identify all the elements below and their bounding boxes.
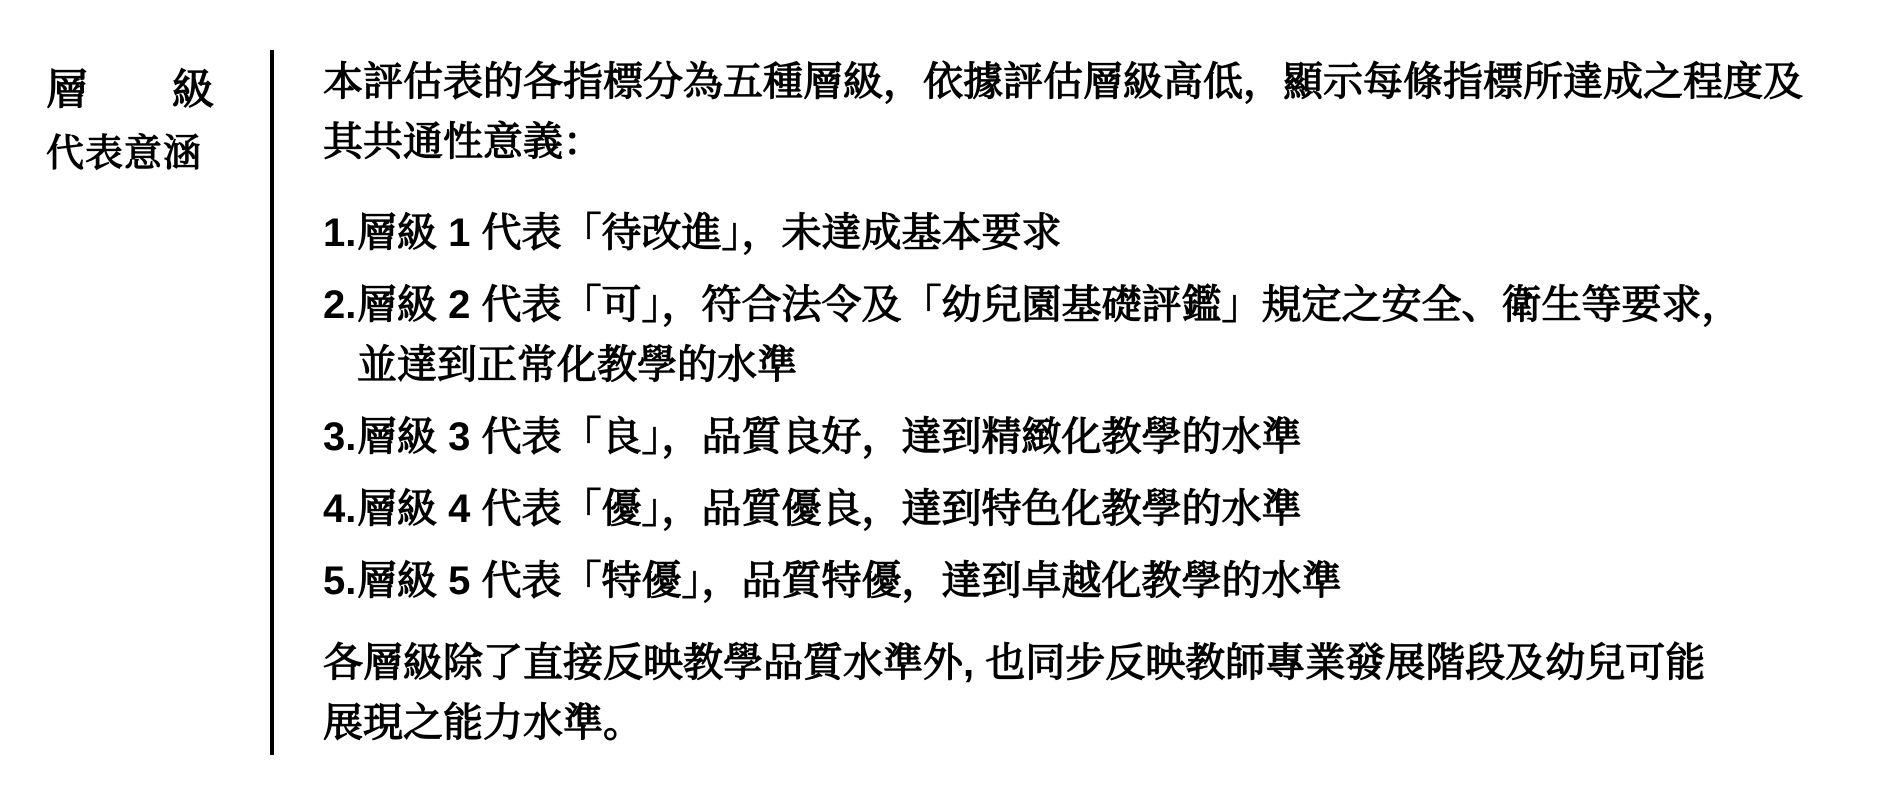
row-content: 本評估表的各指標分為五種層級，依據評估層級高低，顯示每條指標所達成之程度及 其共… (274, 0, 1890, 790)
row-header-char-2: 級 (172, 58, 214, 122)
row-header: 層 級 代表意涵 (0, 0, 270, 790)
rubric-row: 層 級 代表意涵 本評估表的各指標分為五種層級，依據評估層級高低，顯示每條指標所… (0, 0, 1890, 790)
intro-line-2: 其共通性意義： (323, 112, 1870, 172)
list-item-level-3: 3. 層級 3 代表「良」，品質良好，達到精緻化教學的水準 (323, 407, 1870, 467)
row-header-line2: 代表意涵 (46, 122, 214, 186)
row-header-label: 層 級 代表意涵 (46, 58, 214, 186)
list-item-level-1: 1. 層級 1 代表「待改進」，未達成基本要求 (323, 203, 1870, 263)
list-item-text: 層級 2 代表「可」，符合法令及「幼兒園基礎評鑑」規定之安全、衛生等要求， 並達… (357, 275, 1870, 395)
list-item-text: 層級 5 代表「特優」，品質特優，達到卓越化教學的水準 (357, 551, 1870, 611)
item-line: 層級 4 代表「優」，品質優良，達到特色化教學的水準 (357, 487, 1301, 531)
intro-line-1: 本評估表的各指標分為五種層級，依據評估層級高低，顯示每條指標所達成之程度及 (323, 52, 1870, 112)
list-item-level-2: 2. 層級 2 代表「可」，符合法令及「幼兒園基礎評鑑」規定之安全、衛生等要求，… (323, 275, 1870, 395)
row-header-char-1: 層 (46, 58, 88, 122)
list-number: 4. (323, 479, 357, 539)
list-number: 1. (323, 203, 357, 263)
list-number: 5. (323, 551, 357, 611)
item-line: 層級 1 代表「待改進」，未達成基本要求 (357, 211, 1061, 255)
item-line: 層級 5 代表「特優」，品質特優，達到卓越化教學的水準 (357, 559, 1341, 603)
outro-line-1: 各層級除了直接反映教學品質水準外, 也同步反映教師專業發展階段及幼兒可能 (323, 633, 1870, 693)
list-number: 2. (323, 275, 357, 395)
item-line: 層級 3 代表「良」，品質良好，達到精緻化教學的水準 (357, 415, 1301, 459)
list-item-text: 層級 3 代表「良」，品質良好，達到精緻化教學的水準 (357, 407, 1870, 467)
item-line: 層級 2 代表「可」，符合法令及「幼兒園基礎評鑑」規定之安全、衛生等要求， (357, 283, 1741, 327)
outro-line-2: 展現之能力水準。 (323, 693, 1870, 753)
intro-paragraph: 本評估表的各指標分為五種層級，依據評估層級高低，顯示每條指標所達成之程度及 其共… (323, 52, 1870, 172)
level-list: 1. 層級 1 代表「待改進」，未達成基本要求 2. 層級 2 代表「可」，符合… (323, 203, 1870, 611)
list-number: 3. (323, 407, 357, 467)
list-item-text: 層級 4 代表「優」，品質優良，達到特色化教學的水準 (357, 479, 1870, 539)
list-item-level-5: 5. 層級 5 代表「特優」，品質特優，達到卓越化教學的水準 (323, 551, 1870, 611)
list-item-level-4: 4. 層級 4 代表「優」，品質優良，達到特色化教學的水準 (323, 479, 1870, 539)
item-line: 並達到正常化教學的水準 (357, 343, 797, 387)
row-header-line1: 層 級 (46, 58, 214, 122)
list-item-text: 層級 1 代表「待改進」，未達成基本要求 (357, 203, 1870, 263)
outro-paragraph: 各層級除了直接反映教學品質水準外, 也同步反映教師專業發展階段及幼兒可能 展現之… (323, 633, 1870, 753)
